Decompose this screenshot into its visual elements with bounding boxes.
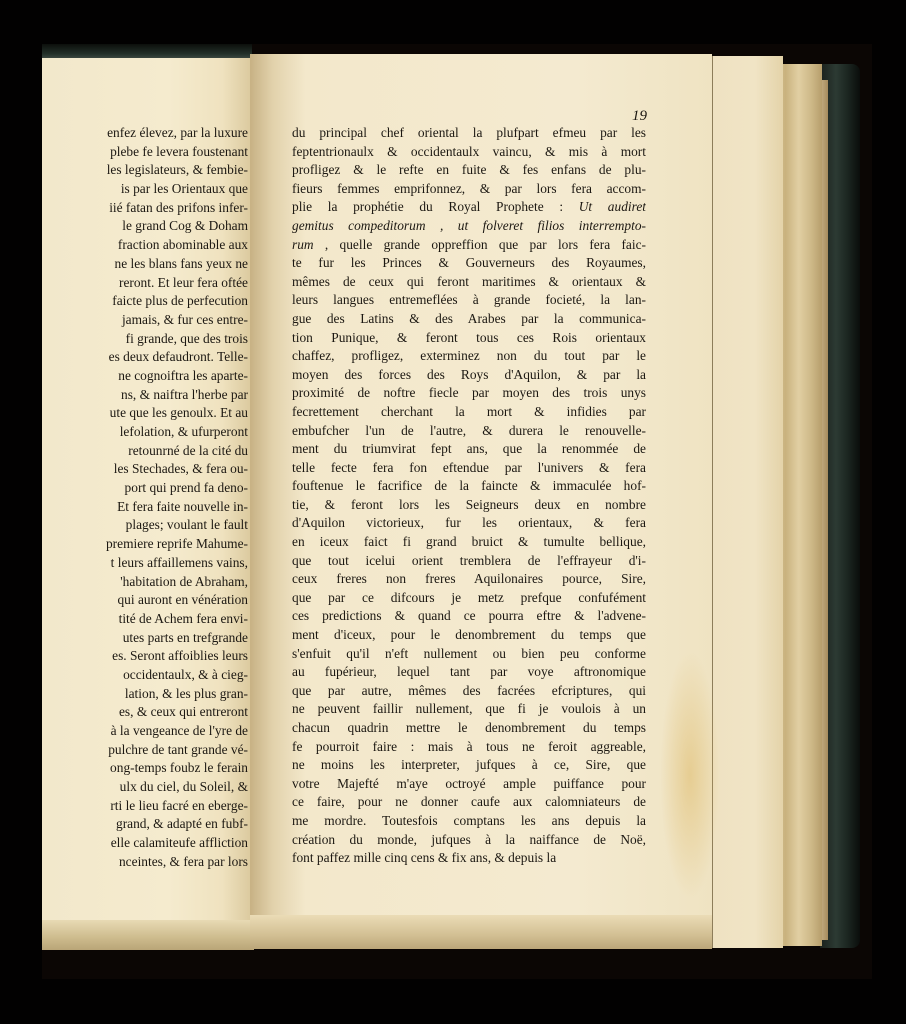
text-line: ne les blans fans yeux ne (42, 255, 248, 274)
text-run: fieurs femmes emprifonnez, & par lors fe… (292, 181, 646, 196)
text-line: telle fecte fera fon eftendue par l'univ… (292, 459, 646, 478)
book-cover-top-edge (42, 44, 252, 58)
text-line: premiere reprife Mahume- (42, 535, 248, 554)
text-line: plebe fe levera foustenant (42, 143, 248, 162)
right-page-bottom-edge (250, 915, 712, 949)
text-line: es. Seront affoiblies leurs (42, 647, 248, 666)
text-line: ns, & naiftra l'herbe par (42, 386, 248, 405)
water-stain (660, 650, 720, 900)
text-line: que par autre, mêmes des facrées efcript… (292, 682, 646, 701)
text-line: nceintes, & fera par lors (42, 853, 248, 872)
text-line: occidentaulx, & à cieg- (42, 666, 248, 685)
text-line: chacun quadrin mettre le denombrement du… (292, 719, 646, 738)
text-line: que par ce difcours je metz prefque conf… (292, 589, 646, 608)
text-run: création du monde, jufques à la naiffanc… (292, 832, 646, 847)
text-line: es, & ceux qui entreront (42, 703, 248, 722)
text-run: embufcher l'un de l'autre, & durera le r… (292, 423, 646, 438)
text-line: fecrettement cherchant la mort & infidie… (292, 403, 646, 422)
text-run: mêmes de ceux qui feront maritimes & ori… (292, 274, 646, 289)
text-line: mêmes de ceux qui feront maritimes & ori… (292, 273, 646, 292)
text-line: proximité de noftre fiecle par moyen des… (292, 384, 646, 403)
text-run: ces predictions & quand ce pourra eftre … (292, 608, 646, 623)
text-run: moyen des forces des Roys d'Aquilon, & p… (292, 367, 646, 382)
text-line: ment d'iceux, pour le denombrement du te… (292, 626, 646, 645)
text-line: fe pourroit faire : mais à tous ne feroi… (292, 738, 646, 757)
text-run: ment du triumvirat fept ans, que la reno… (292, 441, 646, 456)
text-line: ne peuvent faillir nullement, que fi je … (292, 700, 646, 719)
text-line: au fupérieur, lequel tant par voye aftro… (292, 663, 646, 682)
text-line: utes parts en trefgrande (42, 629, 248, 648)
text-line: gue des Latins & des Arabes par la commu… (292, 310, 646, 329)
page-number: 19 (627, 108, 647, 125)
text-line: votre Majefté m'aye octroyé ample puiffa… (292, 775, 646, 794)
text-run: ne moins les interpreter, jufques à ce, … (292, 757, 646, 772)
text-line: ne moins les interpreter, jufques à ce, … (292, 756, 646, 775)
text-run: fe pourroit faire : mais à tous ne feroi… (292, 739, 646, 754)
text-line: ne cognoiftra les aparte- (42, 367, 248, 386)
text-line: ces predictions & quand ce pourra eftre … (292, 607, 646, 626)
text-line: me mordre. Toutesfois comptans les ans d… (292, 812, 646, 831)
text-line: ulx du ciel, du Soleil, & (42, 778, 248, 797)
text-run: , quelle grande oppreffion que par lors … (314, 237, 646, 252)
text-line: ong-temps foubz le ferain (42, 759, 248, 778)
text-run: au fupérieur, lequel tant par voye aftro… (292, 664, 646, 679)
text-line: tie, & feront lors les Seigneurs deux en… (292, 496, 646, 515)
text-line: rti le lieu facré en eberge- (42, 797, 248, 816)
text-line: ceux freres non freres Aquilonaires pour… (292, 570, 646, 589)
text-line: chaffez, profligez, exterminez non du to… (292, 347, 646, 366)
text-run: profligez & le refte en fuite & fes enfa… (292, 162, 646, 177)
text-run: votre Majefté m'aye octroyé ample puiffa… (292, 776, 646, 791)
text-line: création du monde, jufques à la naiffanc… (292, 831, 646, 850)
text-run: rum (292, 237, 314, 252)
text-line: gemitus compeditorum , ut folveret filio… (292, 217, 646, 236)
text-line: ute que les genoulx. Et au (42, 404, 248, 423)
text-run: chaffez, profligez, exterminez non du to… (292, 348, 646, 363)
text-line: s'enfuit qu'il n'eft nullement ou bien p… (292, 645, 646, 664)
text-line: fi grande, que des trois (42, 330, 248, 349)
left-page-bottom-edge (42, 920, 254, 950)
text-line: leurs langues entremeflées à grande foci… (292, 291, 646, 310)
text-run: te fur les Princes & Gouverneurs des Roy… (292, 255, 646, 270)
text-run: font paffez mille cinq cens & fix ans, &… (292, 850, 556, 865)
text-line: port qui prend fa deno- (42, 479, 248, 498)
text-line: moyen des forces des Roys d'Aquilon, & p… (292, 366, 646, 385)
text-line: d'Aquilon victorieux, fur les orientaux,… (292, 514, 646, 533)
text-line: grand, & adapté en fubf- (42, 815, 248, 834)
text-line: is par les Orientaux que (42, 180, 248, 199)
text-line: iié fatan des prifons infer- (42, 199, 248, 218)
text-run: me mordre. Toutesfois comptans les ans d… (292, 813, 646, 828)
text-run: plie la prophétie du Royal Prophete : (292, 199, 579, 214)
text-run: tion Punique, & feront tous ces Rois ori… (292, 330, 646, 345)
right-page-text: du principal chef oriental la plufpart e… (292, 124, 646, 868)
text-line: à la vengeance de l'yre de (42, 722, 248, 741)
text-run: ce faire, pour ne donner caufe aux calom… (292, 794, 646, 809)
text-line: embufcher l'un de l'autre, & durera le r… (292, 422, 646, 441)
text-run: que tout icelui orient tremblera de l'ef… (292, 553, 646, 568)
text-run: en iceux faict fi grand bruict & tumulte… (292, 534, 646, 549)
left-page-text: enfez élevez, par la luxureplebe fe leve… (42, 124, 248, 872)
text-line: tion Punique, & feront tous ces Rois ori… (292, 329, 646, 348)
text-line: fouftenue le facrifice de la faincte & i… (292, 477, 646, 496)
text-line: plie la prophétie du Royal Prophete : Ut… (292, 198, 646, 217)
text-line: rum , quelle grande oppreffion que par l… (292, 236, 646, 255)
page-deckled-margin (712, 56, 783, 948)
text-line: pulchre de tant grande vé- (42, 741, 248, 760)
text-run: d'Aquilon victorieux, fur les orientaux,… (292, 515, 646, 530)
text-line: feptentrionaulx & occidentaulx vaincu, &… (292, 143, 646, 162)
text-run: gemitus compeditorum , ut folveret filio… (292, 218, 646, 233)
text-run: que par autre, mêmes des facrées efcript… (292, 683, 646, 698)
text-run: tie, & feront lors les Seigneurs deux en… (292, 497, 646, 512)
text-line: t leurs affaillemens vains, (42, 554, 248, 573)
text-line: ce faire, pour ne donner caufe aux calom… (292, 793, 646, 812)
text-line: en iceux faict fi grand bruict & tumulte… (292, 533, 646, 552)
text-run: chacun quadrin mettre le denombrement du… (292, 720, 646, 735)
text-line: Et fera faite nouvelle in- (42, 498, 248, 517)
text-line: le grand Cog & Doham (42, 217, 248, 236)
text-run: fouftenue le facrifice de la faincte & i… (292, 478, 646, 493)
text-line: font paffez mille cinq cens & fix ans, &… (292, 849, 646, 868)
text-run: ment d'iceux, pour le denombrement du te… (292, 627, 646, 642)
text-run: proximité de noftre fiecle par moyen des… (292, 385, 646, 400)
text-line: faicte plus de perfecution (42, 292, 248, 311)
text-line: profligez & le refte en fuite & fes enfa… (292, 161, 646, 180)
text-run: gue des Latins & des Arabes par la commu… (292, 311, 646, 326)
text-line: les legislateurs, & fembie- (42, 161, 248, 180)
text-run: du principal chef oriental la plufpart e… (292, 125, 646, 140)
text-line: jamais, & fur ces entre- (42, 311, 248, 330)
text-line: reront. Et leur fera oftée (42, 274, 248, 293)
text-line: que tout icelui orient tremblera de l'ef… (292, 552, 646, 571)
text-line: plages; voulant le fault (42, 516, 248, 535)
text-line: lation, & les plus gran- (42, 685, 248, 704)
text-line: elle calamiteufe affliction (42, 834, 248, 853)
text-line: du principal chef oriental la plufpart e… (292, 124, 646, 143)
text-line: qui auront en vénération (42, 591, 248, 610)
text-run: feptentrionaulx & occidentaulx vaincu, &… (292, 144, 646, 159)
text-line: 'habitation de Abraham, (42, 573, 248, 592)
text-line: enfez élevez, par la luxure (42, 124, 248, 143)
text-run: fecrettement cherchant la mort & infidie… (292, 404, 646, 419)
text-line: retounrné de la cité du (42, 442, 248, 461)
text-line: fraction abominable aux (42, 236, 248, 255)
text-line: te fur les Princes & Gouverneurs des Roy… (292, 254, 646, 273)
text-line: es deux defaudront. Telle- (42, 348, 248, 367)
text-line: fieurs femmes emprifonnez, & par lors fe… (292, 180, 646, 199)
text-line: les Stechades, & fera ou- (42, 460, 248, 479)
text-run: s'enfuit qu'il n'eft nullement ou bien p… (292, 646, 646, 661)
text-run: ne peuvent faillir nullement, que fi je … (292, 701, 646, 716)
text-run: telle fecte fera fon eftendue par l'univ… (292, 460, 646, 475)
text-run: Ut audiret (579, 199, 646, 214)
text-line: lefolation, & ufurperont (42, 423, 248, 442)
text-run: que par ce difcours je metz prefque conf… (292, 590, 646, 605)
text-line: ment du triumvirat fept ans, que la reno… (292, 440, 646, 459)
text-run: leurs langues entremeflées à grande foci… (292, 292, 646, 307)
text-run: ceux freres non freres Aquilonaires pour… (292, 571, 646, 586)
text-line: tité de Achem fera envi- (42, 610, 248, 629)
